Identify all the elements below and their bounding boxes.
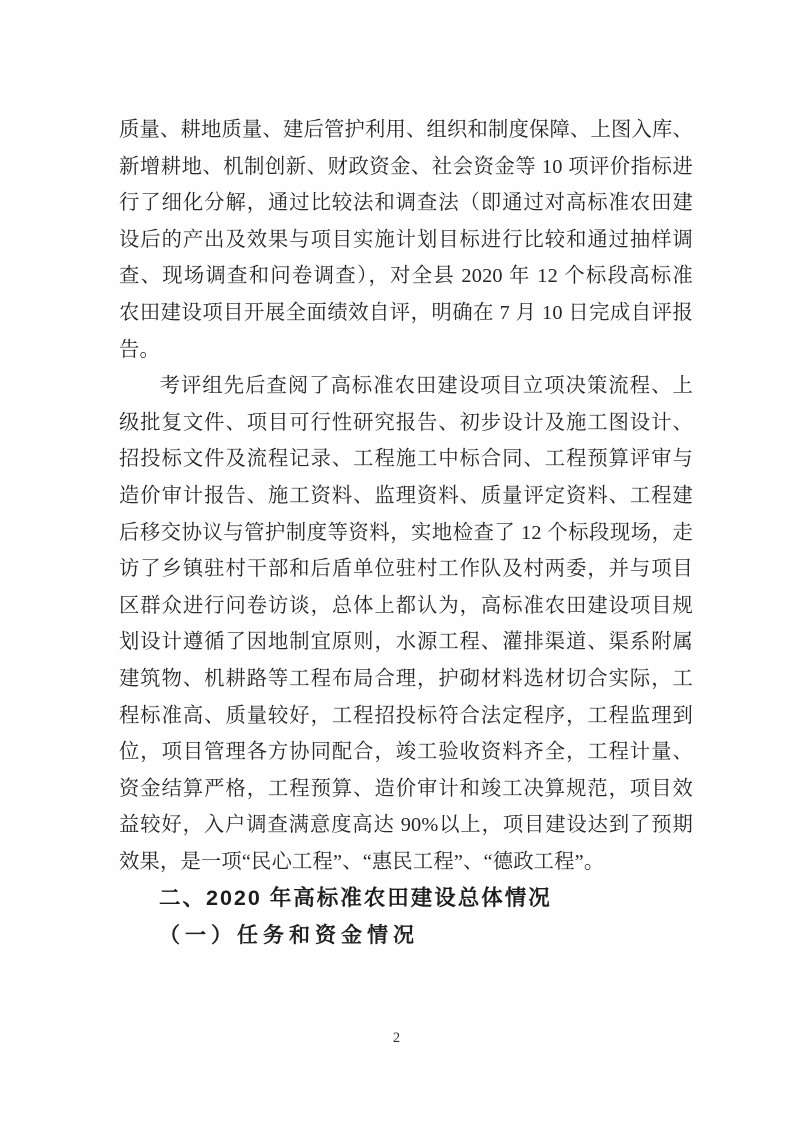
text-line: 程标准高、质量较好，工程招投标符合法定程序，工程监理到	[119, 698, 693, 735]
page-number: 2	[0, 1030, 793, 1047]
text-line: 质量、耕地质量、建后管护利用、组织和制度保障、上图入库、	[119, 112, 693, 149]
text-line: 划设计遵循了因地制宜原则，水源工程、灌排渠道、渠系附属	[119, 624, 693, 661]
text-line: 告。	[119, 332, 693, 369]
document-text: 质量、耕地质量、建后管护利用、组织和制度保障、上图入库、新增耕地、机制创新、财政…	[119, 112, 693, 954]
text-line: 行了细化分解，通过比较法和调查法（即通过对高标准农田建	[119, 185, 693, 222]
text-line: 区群众进行问卷访谈，总体上都认为，高标准农田建设项目规	[119, 588, 693, 625]
text-line: 效果，是一项“民心工程”、“惠民工程”、“德政工程”。	[119, 844, 693, 881]
text-line: 农田建设项目开展全面绩效自评，明确在 7 月 10 日完成自评报	[119, 295, 693, 332]
text-line: 设后的产出及效果与项目实施计划目标进行比较和通过抽样调	[119, 222, 693, 259]
text-line: 后移交协议与管护制度等资料，实地检查了 12 个标段现场，走	[119, 515, 693, 552]
text-line: 访了乡镇驻村干部和后盾单位驻村工作队及村两委，并与项目	[119, 551, 693, 588]
text-line: 造价审计报告、施工资料、监理资料、质量评定资料、工程建	[119, 478, 693, 515]
text-line: 新增耕地、机制创新、财政资金、社会资金等 10 项评价指标进	[119, 149, 693, 186]
text-line: 级批复文件、项目可行性研究报告、初步设计及施工图设计、	[119, 405, 693, 442]
text-line: 位，项目管理各方协同配合，竣工验收资料齐全，工程计量、	[119, 734, 693, 771]
subsection-heading: （一）任务和资金情况	[119, 917, 693, 954]
document-page: 质量、耕地质量、建后管护利用、组织和制度保障、上图入库、新增耕地、机制创新、财政…	[0, 0, 793, 1121]
text-line: 建筑物、机耕路等工程布局合理，护砌材料选材切合实际，工	[119, 661, 693, 698]
text-line: 考评组先后查阅了高标准农田建设项目立项决策流程、上	[119, 368, 693, 405]
text-line: 查、现场调查和问卷调查），对全县 2020 年 12 个标段高标准	[119, 258, 693, 295]
text-line: 招投标文件及流程记录、工程施工中标合同、工程预算评审与	[119, 441, 693, 478]
section-heading: 二、2020 年高标准农田建设总体情况	[119, 880, 693, 917]
text-line: 资金结算严格，工程预算、造价审计和竣工决算规范，项目效	[119, 771, 693, 808]
text-line: 益较好，入户调查满意度高达 90%以上，项目建设达到了预期	[119, 807, 693, 844]
